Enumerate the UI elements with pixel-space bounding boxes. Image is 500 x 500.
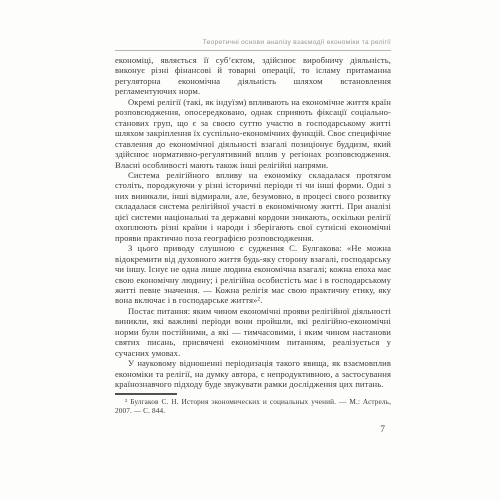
text-column: Теоретичні основи аналізу взаємодії екон… — [115, 38, 391, 435]
footnote: ² Булгаков С. Н. История экономических и… — [115, 397, 391, 416]
paragraph-continuation: економіці, являється її суб’єктом, здійс… — [115, 55, 391, 97]
footnote-text: ² Булгаков С. Н. История экономических и… — [115, 397, 391, 416]
paragraph: У науковому відношенні періодизація тако… — [115, 358, 391, 389]
page-number: 7 — [115, 425, 391, 435]
paragraph-quote: З цього приводу слушною є судження С. Бу… — [115, 243, 391, 306]
body-text: економіці, являється її суб’єктом, здійс… — [115, 55, 391, 390]
book-page: Теоретичні основи аналізу взаємодії екон… — [0, 0, 500, 500]
footnote-separator — [115, 393, 177, 395]
header-rule — [115, 50, 391, 51]
paragraph: Система релігійного впливу на економіку … — [115, 170, 391, 243]
paragraph: Постає питання: яким чином економічні пр… — [115, 306, 391, 358]
paragraph: Окремі релігії (такі, як індуїзм) вплива… — [115, 97, 391, 170]
running-head: Теоретичні основи аналізу взаємодії екон… — [115, 38, 391, 47]
